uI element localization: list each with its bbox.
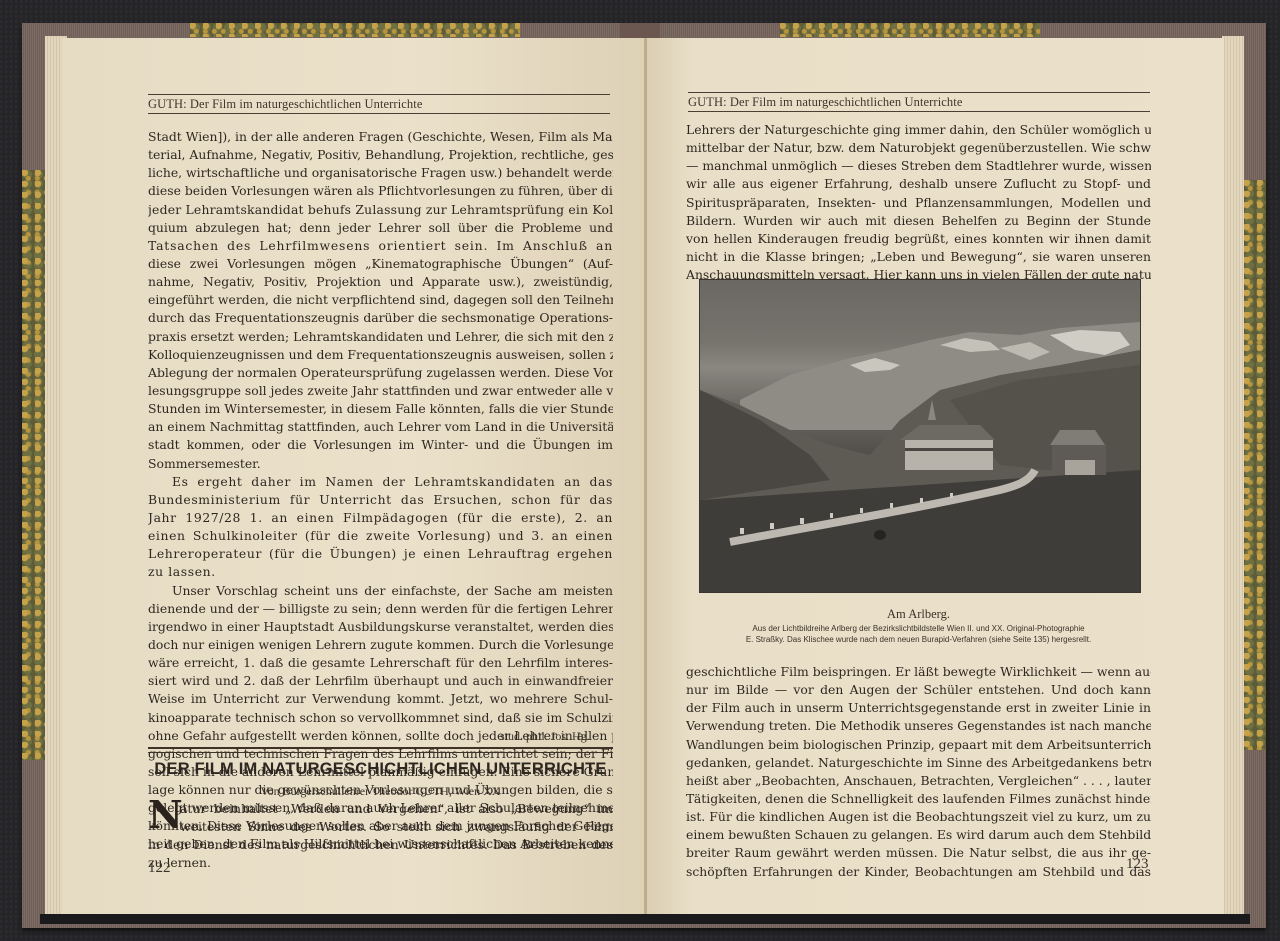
text-line: ist. Für die kindlichen Augen ist die Be…: [686, 808, 1151, 826]
running-header-left: GUTH: Der Film im naturgeschichtlichen U…: [148, 94, 610, 114]
text-line: geschichtliche Film beispringen. Er läßt…: [686, 663, 1151, 681]
mountain-landscape-illustration: [700, 280, 1140, 592]
text-line: terial, Aufnahme, Negativ, Positiv, Beha…: [148, 146, 613, 164]
text-line: wäre erreicht, 1. daß die gesamte Lehrer…: [148, 654, 613, 672]
text-line: — manchmal unmöglich — dieses Streben de…: [686, 157, 1151, 175]
text-line: Spirituspräparaten, Insekten- und Pflanz…: [686, 194, 1151, 212]
text-line: Jahr 1927/28 1. an einen Filmpädagogen (…: [148, 509, 613, 527]
figure-caption-credits: Aus der Lichtbildreihe Arlberg der Bezir…: [686, 623, 1151, 645]
text-line: Verwendung treten. Die Methodik unseres …: [686, 717, 1151, 735]
text-line: dienende und der — billigste zu sein; de…: [148, 600, 613, 618]
marbled-endpaper-left: [22, 170, 47, 760]
article-title: DER FILM IM NATURGESCHICHTLICHEN UNTERRI…: [148, 760, 613, 779]
text-line: Tatsachen des Lehrfilmwesens orientiert …: [148, 237, 613, 255]
book-bottom-shadow: [40, 914, 1250, 924]
text-line: in den Dienst des naturgeschichtlichen U…: [148, 836, 613, 854]
text-line: quium abzulegen hat; denn jeder Lehrer s…: [148, 219, 613, 237]
text-line: nahme, Negativ, Positiv, Projektion und …: [148, 273, 613, 291]
text-line: Ablegung der normalen Operateursprüfung …: [148, 364, 613, 382]
text-line: breiter Raum gewährt werden müssen. Die …: [686, 844, 1151, 862]
text-line: praxis ersetzt werden; Lehramtskandidate…: [148, 328, 613, 346]
text-line: wir alle aus eigener Erfahrung, deshalb …: [686, 175, 1151, 193]
running-header-text: GUTH: Der Film im naturgeschichtlichen U…: [148, 95, 423, 113]
caption-line: Aus der Lichtbildreihe Arlberg der Bezir…: [686, 623, 1151, 634]
text-line: Bundesministerium für Unterricht das Ers…: [148, 491, 613, 509]
text-line: Stunden im Wintersemester, in diesem Fal…: [148, 400, 613, 418]
text-line: Sommersemester.: [148, 455, 613, 473]
right-body-text-top: Lehrers der Naturgeschichte ging immer d…: [686, 121, 1151, 284]
text-line: durch das Frequentationszeugnis darüber …: [148, 309, 613, 327]
page-number-left: 122: [148, 860, 171, 877]
text-line: der Film auch in unserm Unterrichtsgegen…: [686, 699, 1151, 717]
page-number-right: 123: [1126, 856, 1149, 873]
text-line: Tätigkeiten, denen die Schnelligkeit des…: [686, 790, 1151, 808]
spine-top: [620, 23, 660, 39]
article-byline: Von Bürgerschullehrer Theodor GUTH, Wien…: [148, 784, 613, 799]
marbled-endpaper-right: [1244, 180, 1266, 750]
text-line: irgendwo in einer Hauptstadt Ausbildungs…: [148, 618, 613, 636]
text-line: Unser Vorschlag scheint uns der einfachs…: [148, 582, 613, 600]
figure-caption-title: Am Arlberg.: [686, 607, 1151, 622]
drop-cap: N: [148, 795, 183, 835]
text-line: schöpften Erfahrungen der Kinder, Beobac…: [686, 863, 1151, 881]
text-line: an einem Nachmittag stattfinden, auch Le…: [148, 418, 613, 436]
marbled-endpaper-top-right: [780, 23, 1040, 37]
text-line: mittelbar der Natur, bzw. dem Naturobjek…: [686, 139, 1151, 157]
text-line: liche, wirtschaftliche und organisatoris…: [148, 164, 613, 182]
text-line: Bildern. Wurden wir auch mit diesen Behe…: [686, 212, 1151, 230]
text-line: nicht in die Klasse bringen; „Leben und …: [686, 248, 1151, 266]
text-line: kinoapparate technisch schon so vervollk…: [148, 709, 613, 727]
running-header-text: GUTH: Der Film im naturgeschichtlichen U…: [688, 93, 963, 111]
author-signature: stud. phil. Jos. Hg.: [500, 729, 590, 744]
text-line: Lehrers der Naturgeschichte ging immer d…: [686, 121, 1151, 139]
text-line: doch nur einigen wenigen Lehrern zugute …: [148, 636, 613, 654]
text-line: gedanken, gelandet. Naturgeschichte im S…: [686, 754, 1151, 772]
text-line: diese zwei Vorlesungen mögen „Kinematogr…: [148, 255, 613, 273]
text-line: heißt aber „Beobachten, Anschauen, Betra…: [686, 772, 1151, 790]
text-line: diese beiden Vorlesungen wären als Pflic…: [148, 182, 613, 200]
article-intro-continued: in den Dienst des naturgeschichtlichen U…: [148, 836, 613, 854]
text-line: zu lassen.: [148, 563, 613, 581]
text-line: Kolloquienzeugnissen und dem Frequentati…: [148, 346, 613, 364]
caption-line: E. Straßky. Das Klischee wurde nach dem …: [686, 634, 1151, 645]
marbled-endpaper-top-left: [190, 23, 520, 37]
text-line: siert wird und 2. daß der Lehrfilm überh…: [148, 672, 613, 690]
text-line: Stadt Wien]), in der alle anderen Fragen…: [148, 128, 613, 146]
text-line: jeder Lehramtskandidat behufs Zulassung …: [148, 201, 613, 219]
section-divider: [148, 747, 613, 753]
book-gutter: [644, 38, 647, 914]
text-line: einen Schulkinoleiter (für die zweite Vo…: [148, 527, 613, 545]
text-line: atur beinhaltet „Werden und Vergehen“, i…: [180, 800, 613, 818]
text-line: einem bewußten Schauen zu gelangen. Es w…: [686, 826, 1151, 844]
text-line: Es ergeht daher im Namen der Lehramtskan…: [148, 473, 613, 491]
text-line: nur im Bilde — vor den Augen der Schüler…: [686, 681, 1151, 699]
text-line: eingeführt werden, die nicht verpflichte…: [148, 291, 613, 309]
running-header-right: GUTH: Der Film im naturgeschichtlichen U…: [688, 92, 1150, 112]
text-line: Wandlungen beim biologischen Prinzip, ge…: [686, 736, 1151, 754]
page-stack-right: [1222, 36, 1244, 918]
text-line: von hellen Kinderaugen freudig begrüßt, …: [686, 230, 1151, 248]
text-line: lesungsgruppe soll jedes zweite Jahr sta…: [148, 382, 613, 400]
text-line: Lehreroperateur (für die Übungen) je ein…: [148, 545, 613, 563]
right-body-text-bottom: geschichtliche Film beispringen. Er läßt…: [686, 663, 1151, 881]
text-line: weitesten Sinne des Wortes. So stellt si…: [180, 818, 613, 836]
text-line: Weise im Unterricht zur Verwendung kommt…: [148, 690, 613, 708]
article-intro: atur beinhaltet „Werden und Vergehen“, i…: [180, 800, 613, 836]
text-line: zu lernen.: [148, 854, 613, 872]
figure-photo-am-arlberg: [699, 279, 1141, 593]
text-line: stadt kommen, oder die Vorlesungen im Wi…: [148, 436, 613, 454]
